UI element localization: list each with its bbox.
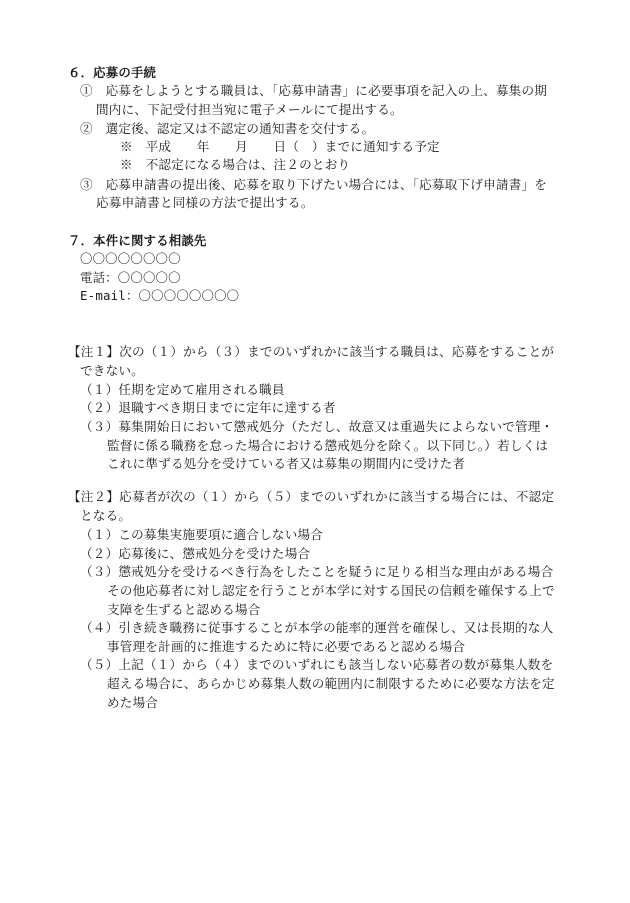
procedure-note-date: ※ 平成 年 月 日（ ）までに通知する予定 <box>120 138 440 156</box>
note-1-item-3-line-2: 監督に係る職務を怠った場合における懲戒処分を除く。以下同じ。）若しくは <box>107 437 548 455</box>
note-1-item-2: （２）退職すべき期日までに定年に達する者 <box>80 399 336 417</box>
note-2-item-3-line-2: その他応募者に対し認定を行うことが本学に対する国民の信頼を確保する上で <box>107 582 555 600</box>
procedure-item-3-line-2: 応募申請書と同様の方法で提出する。 <box>96 194 314 212</box>
note-1-line-2: できない。 <box>80 362 144 380</box>
note-1-item-3-line-3: これに準ずる処分を受けている者又は募集の期間内に受けた者 <box>107 455 465 473</box>
contact-name: 〇〇〇〇〇〇〇〇 <box>80 250 181 268</box>
note-1-item-3-line-1: （３）募集開始日において懲戒処分（ただし、故意又は重過失によらないで管理・ <box>80 418 553 436</box>
note-2-line-1: 【注２】応募者が次の（１）から（５）までのいずれかに該当する場合には、不認定 <box>68 488 554 506</box>
procedure-item-1-line-2: 間内に、下記受付担当宛に電子メールにて提出する。 <box>96 101 403 119</box>
contact-phone: 電話：〇〇〇〇〇 <box>80 269 181 287</box>
note-2-item-4-line-2: 事管理を計画的に推進するために特に必要であると認める場合 <box>107 638 465 656</box>
note-1-item-1: （１）任期を定めて雇用される職員 <box>80 381 285 399</box>
procedure-note-rejection: ※ 不認定になる場合は、注２のとおり <box>120 156 350 174</box>
note-1-line-1: 【注１】次の（１）から（３）までのいずれかに該当する職員は、応募をすることが <box>68 343 554 361</box>
procedure-item-3-line-1: ③ 応募申請書の提出後、応募を取り下げたい場合には、「応募取下げ申請書」を <box>80 176 547 194</box>
section-6-heading: ６．応募の手続 <box>68 64 156 82</box>
contact-email: E-mail：〇〇〇〇〇〇〇〇 <box>80 287 239 305</box>
note-2-item-2: （２）応募後に、懲戒処分を受けた場合 <box>80 545 310 563</box>
note-2-item-3-line-3: 支障を生ずると認める場合 <box>107 601 261 619</box>
note-2-item-5-line-3: めた場合 <box>107 694 158 712</box>
note-2-line-2: となる。 <box>80 507 131 525</box>
section-7-heading: ７．本件に関する相談先 <box>68 232 207 250</box>
note-2-item-4-line-1: （４）引き続き職務に従事することが本学の能率的運営を確保し、又は長期的な人 <box>80 619 553 637</box>
procedure-item-1-line-1: ① 応募をしようとする職員は、「応募申請書」に必要事項を記入の上、募集の期 <box>80 82 547 100</box>
note-2-item-1: （１）この募集実施要項に適合しない場合 <box>80 526 323 544</box>
procedure-item-2: ② 選定後、認定又は不認定の通知書を交付する。 <box>80 120 374 138</box>
note-2-item-3-line-1: （３）懲戒処分を受けるべき行為をしたことを疑うに足りる相当な理由がある場合 <box>80 563 553 581</box>
note-2-item-5-line-2: 超える場合に、あらかじめ募集人数の範囲内に制限するために必要な方法を定 <box>107 675 555 693</box>
note-2-item-5-line-1: （５）上記（１）から（４）までのいずれにも該当しない応募者の数が募集人数を <box>80 656 553 674</box>
